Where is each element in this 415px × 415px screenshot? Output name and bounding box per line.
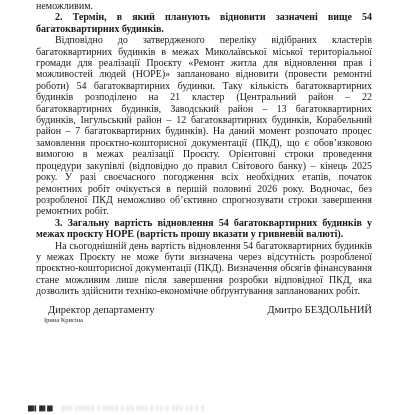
document-text-block: неможливим. 2. Термін, в який планують в… (36, 1, 372, 325)
section-2-heading: 2. Термін, в який планують відновити заз… (36, 12, 372, 35)
footer-microtext-line: █▊▌▐▉▍█▋ ░░░ ░░░░░ ░ ░░░░ ░ ░░ ░░░ ░ ░░ … (28, 405, 388, 415)
executor-name: Ірина Крисіна (36, 317, 372, 325)
document-page: неможливим. 2. Термін, в який планують в… (0, 0, 415, 415)
signature-position-title: Директор департаменту (48, 305, 155, 317)
signature-name: Дмитро БЕЗДОЛЬНИЙ (267, 305, 372, 317)
footer-fine-print: ░░░ ░░░░░ ░ ░░░░ ░ ░░ ░░░ ░ ░░ ░ ░░░ ░░ … (61, 407, 205, 412)
section-2-body: Відповідно до затвердженого переліку від… (36, 35, 372, 218)
paragraph-continuation: неможливим. (36, 1, 372, 12)
section-3-heading: 3. Загальну вартість відновлення 54 бага… (36, 218, 372, 241)
signature-block: Директор департаменту Дмитро БЕЗДОЛЬНИЙ (36, 305, 372, 317)
footer-stamp-smudge: █▊▌▐▉▍█▋ (28, 407, 54, 412)
section-3-body: На сьогоднішній день вартість відновленн… (36, 241, 372, 298)
